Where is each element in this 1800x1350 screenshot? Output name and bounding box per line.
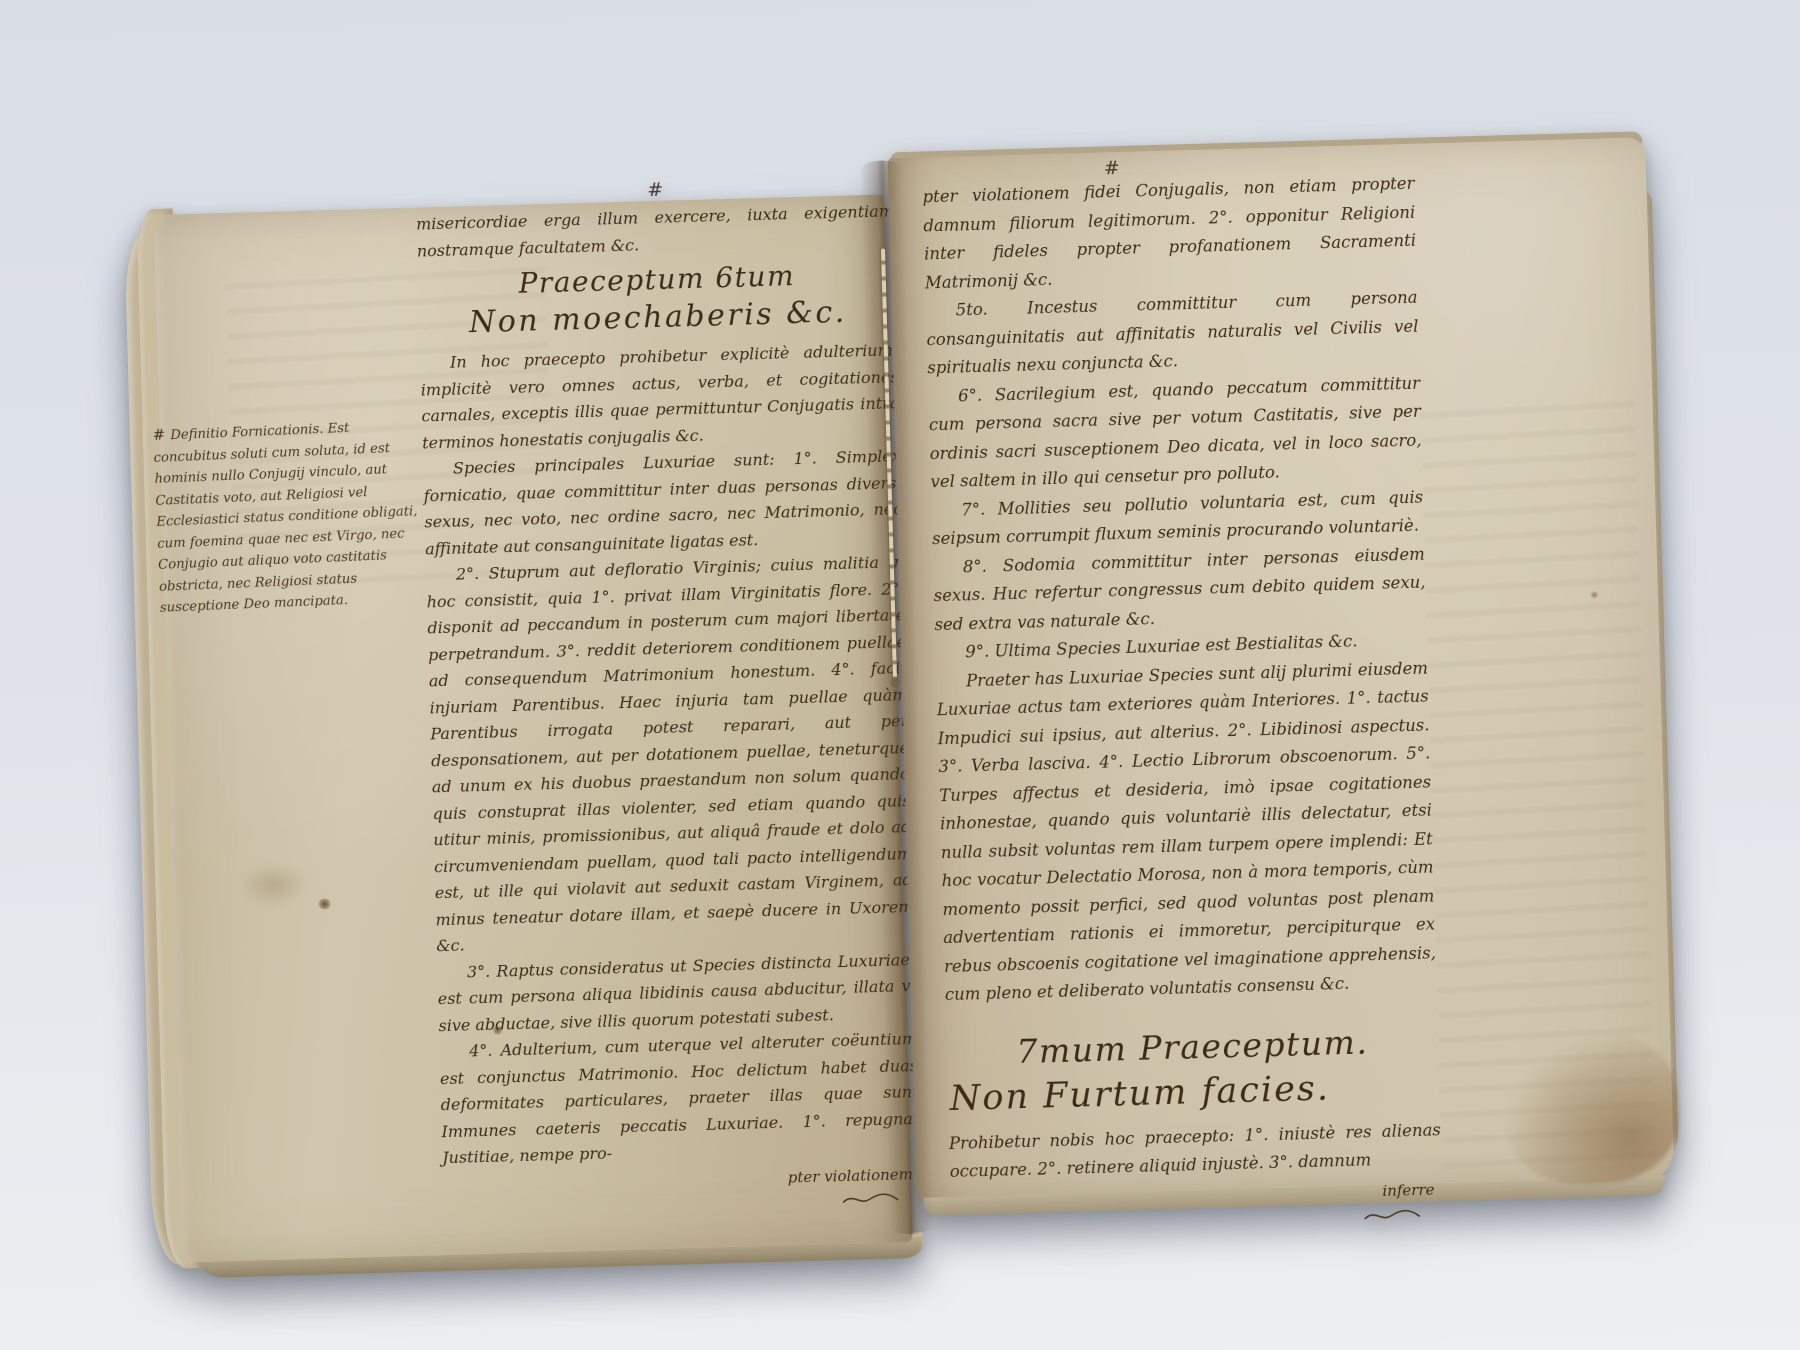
manuscript-paragraph: Species principales Luxuriae sunt: 1°. S… <box>423 443 904 562</box>
photo-scene: #Definitio Fornicationis. Est concubitus… <box>0 0 1800 1350</box>
manuscript-paragraph: In hoc praecepto prohibetur explicitè ad… <box>420 337 901 456</box>
left-page: #Definitio Fornicationis. Est concubitus… <box>154 195 913 1263</box>
margin-note-anchor-mark: # <box>152 425 165 444</box>
binding-thread <box>881 249 897 679</box>
corner-stain <box>1501 1031 1680 1186</box>
manuscript-paragraph: Praeter has Luxuriae Species sunt alij p… <box>936 654 1437 1010</box>
manuscript-paragraph: 8°. Sodomia committitur inter personas e… <box>933 540 1427 639</box>
left-margin-note: #Definitio Fornicationis. Est concubitus… <box>152 414 432 620</box>
catchword-right: inferre <box>1382 1180 1435 1199</box>
paper-blotch <box>238 861 309 909</box>
manuscript-paragraph: 2°. Stuprum aut defloratio Virginis; cui… <box>426 549 915 960</box>
flourish-mark-icon <box>1363 1207 1421 1224</box>
right-text-column: # pter violationem fidei Conjugalis, non… <box>922 170 1443 1235</box>
carryover-text: misericordiae erga illum exercere, iuxta… <box>416 198 895 264</box>
right-page: # pter violationem fidei Conjugalis, non… <box>887 137 1674 1198</box>
ink-bleedthrough <box>1420 388 1656 1174</box>
insertion-mark-left: # <box>647 177 664 204</box>
manuscript-paragraph: 4°. Adulterium, cum uterque vel alterute… <box>439 1026 921 1172</box>
insertion-mark-right: # <box>1103 154 1120 183</box>
left-text-column: # misericordiae erga illum exercere, iux… <box>416 198 922 1218</box>
open-manuscript-book: #Definitio Fornicationis. Est concubitus… <box>123 131 1699 1299</box>
manuscript-paragraph: 5to. Incestus committitur cum persona co… <box>925 284 1419 383</box>
manuscript-paragraph: 6°. Sacrilegium est, quando peccatum com… <box>928 369 1423 497</box>
left-page-paragraphs: In hoc praecepto prohibetur explicitè ad… <box>420 337 921 1172</box>
right-page-paragraphs: pter violationem fidei Conjugalis, non e… <box>922 170 1437 1010</box>
ink-spot <box>318 898 331 909</box>
manuscript-paragraph: pter violationem fidei Conjugalis, non e… <box>922 170 1417 298</box>
ink-spot <box>1590 591 1599 599</box>
margin-note-text: Definitio Fornicationis. Est concubitus … <box>153 421 417 616</box>
manuscript-paragraph: 3°. Raptus consideratus ut Species disti… <box>437 946 917 1039</box>
